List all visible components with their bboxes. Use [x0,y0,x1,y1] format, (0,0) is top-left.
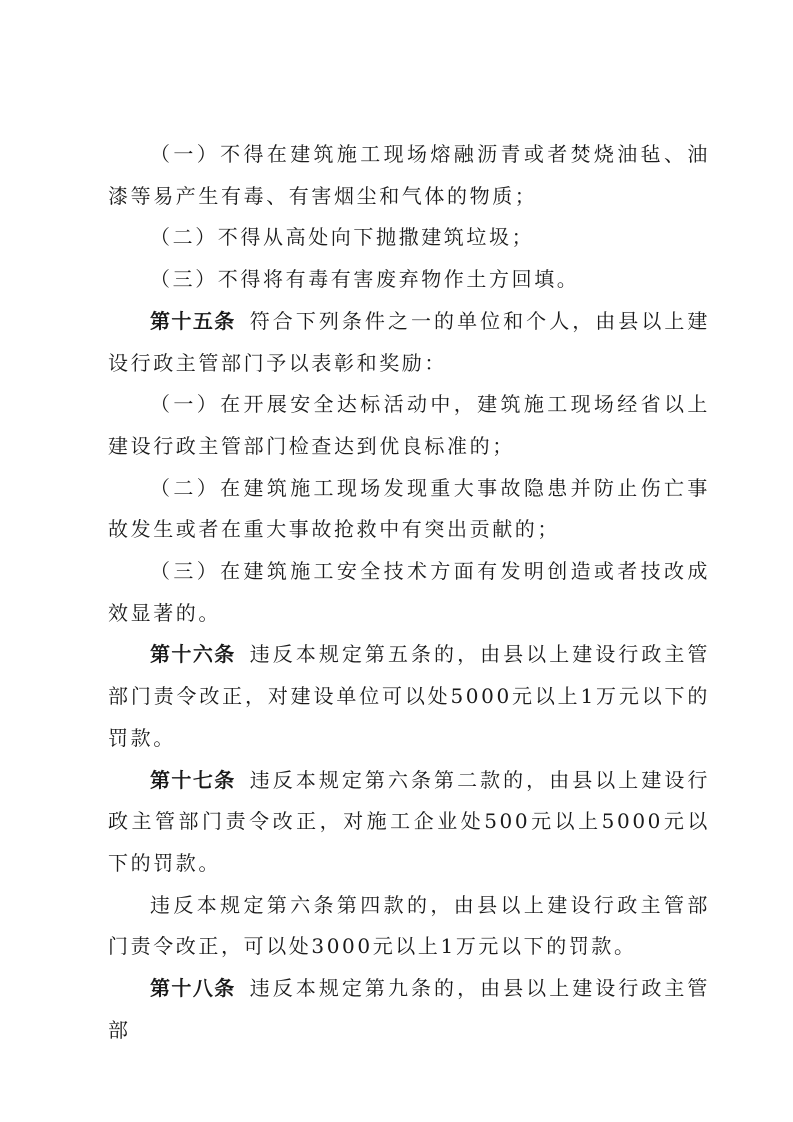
paragraph-text: （三）在建筑施工安全技术方面有发明创造或者技改成效显著的。 [108,559,710,625]
paragraph-text: （三）不得将有毒有害废弃物作土方回填。 [150,267,579,291]
article-15: 第十五条符合下列条件之一的单位和个人，由县以上建设行政主管部门予以表彰和奖励： [108,301,710,384]
paragraph-item-1: （一）不得在建筑施工现场熔融沥青或者焚烧油毡、油漆等易产生有毒、有害烟尘和气体的… [108,134,710,217]
article-heading: 第十八条 [150,976,236,1000]
article-16: 第十六条违反本规定第五条的，由县以上建设行政主管部门责令改正，对建设单位可以处5… [108,634,710,759]
paragraph-item-2: （二）不得从高处向下抛撒建筑垃圾； [108,217,710,259]
article-heading: 第十七条 [150,768,236,792]
paragraph-item-1: （一）在开展安全达标活动中，建筑施工现场经省以上建设行政主管部门检查达到优良标准… [108,384,710,467]
article-heading: 第十五条 [150,309,236,333]
paragraph-text: （一）不得在建筑施工现场熔融沥青或者焚烧油毡、油漆等易产生有毒、有害烟尘和气体的… [108,142,710,208]
paragraph-text: （二）在建筑施工现场发现重大事故隐患并防止伤亡事故发生或者在重大事故抢救中有突出… [108,476,710,542]
paragraph-text: （二）不得从高处向下抛撒建筑垃圾； [150,225,534,249]
paragraph-text-block: 违反本规定第六条第四款的，由县以上建设行政主管部门责令改正，可以处3000元以上… [108,885,710,968]
paragraph-text: （一）在开展安全达标活动中，建筑施工现场经省以上建设行政主管部门检查达到优良标准… [108,392,710,458]
article-heading: 第十六条 [150,642,236,666]
article-17: 第十七条违反本规定第六条第二款的，由县以上建设行政主管部门责令改正，对施工企业处… [108,760,710,885]
paragraph-item-2: （二）在建筑施工现场发现重大事故隐患并防止伤亡事故发生或者在重大事故抢救中有突出… [108,468,710,551]
paragraph-item-3: （三）在建筑施工安全技术方面有发明创造或者技改成效显著的。 [108,551,710,634]
document-page: （一）不得在建筑施工现场熔融沥青或者焚烧油毡、油漆等易产生有毒、有害烟尘和气体的… [108,134,710,1051]
paragraph-item-3: （三）不得将有毒有害废弃物作土方回填。 [108,259,710,301]
paragraph-text: 违反本规定第六条第四款的，由县以上建设行政主管部门责令改正，可以处3000元以上… [108,893,710,959]
article-18: 第十八条违反本规定第九条的，由县以上建设行政主管部 [108,968,710,1051]
